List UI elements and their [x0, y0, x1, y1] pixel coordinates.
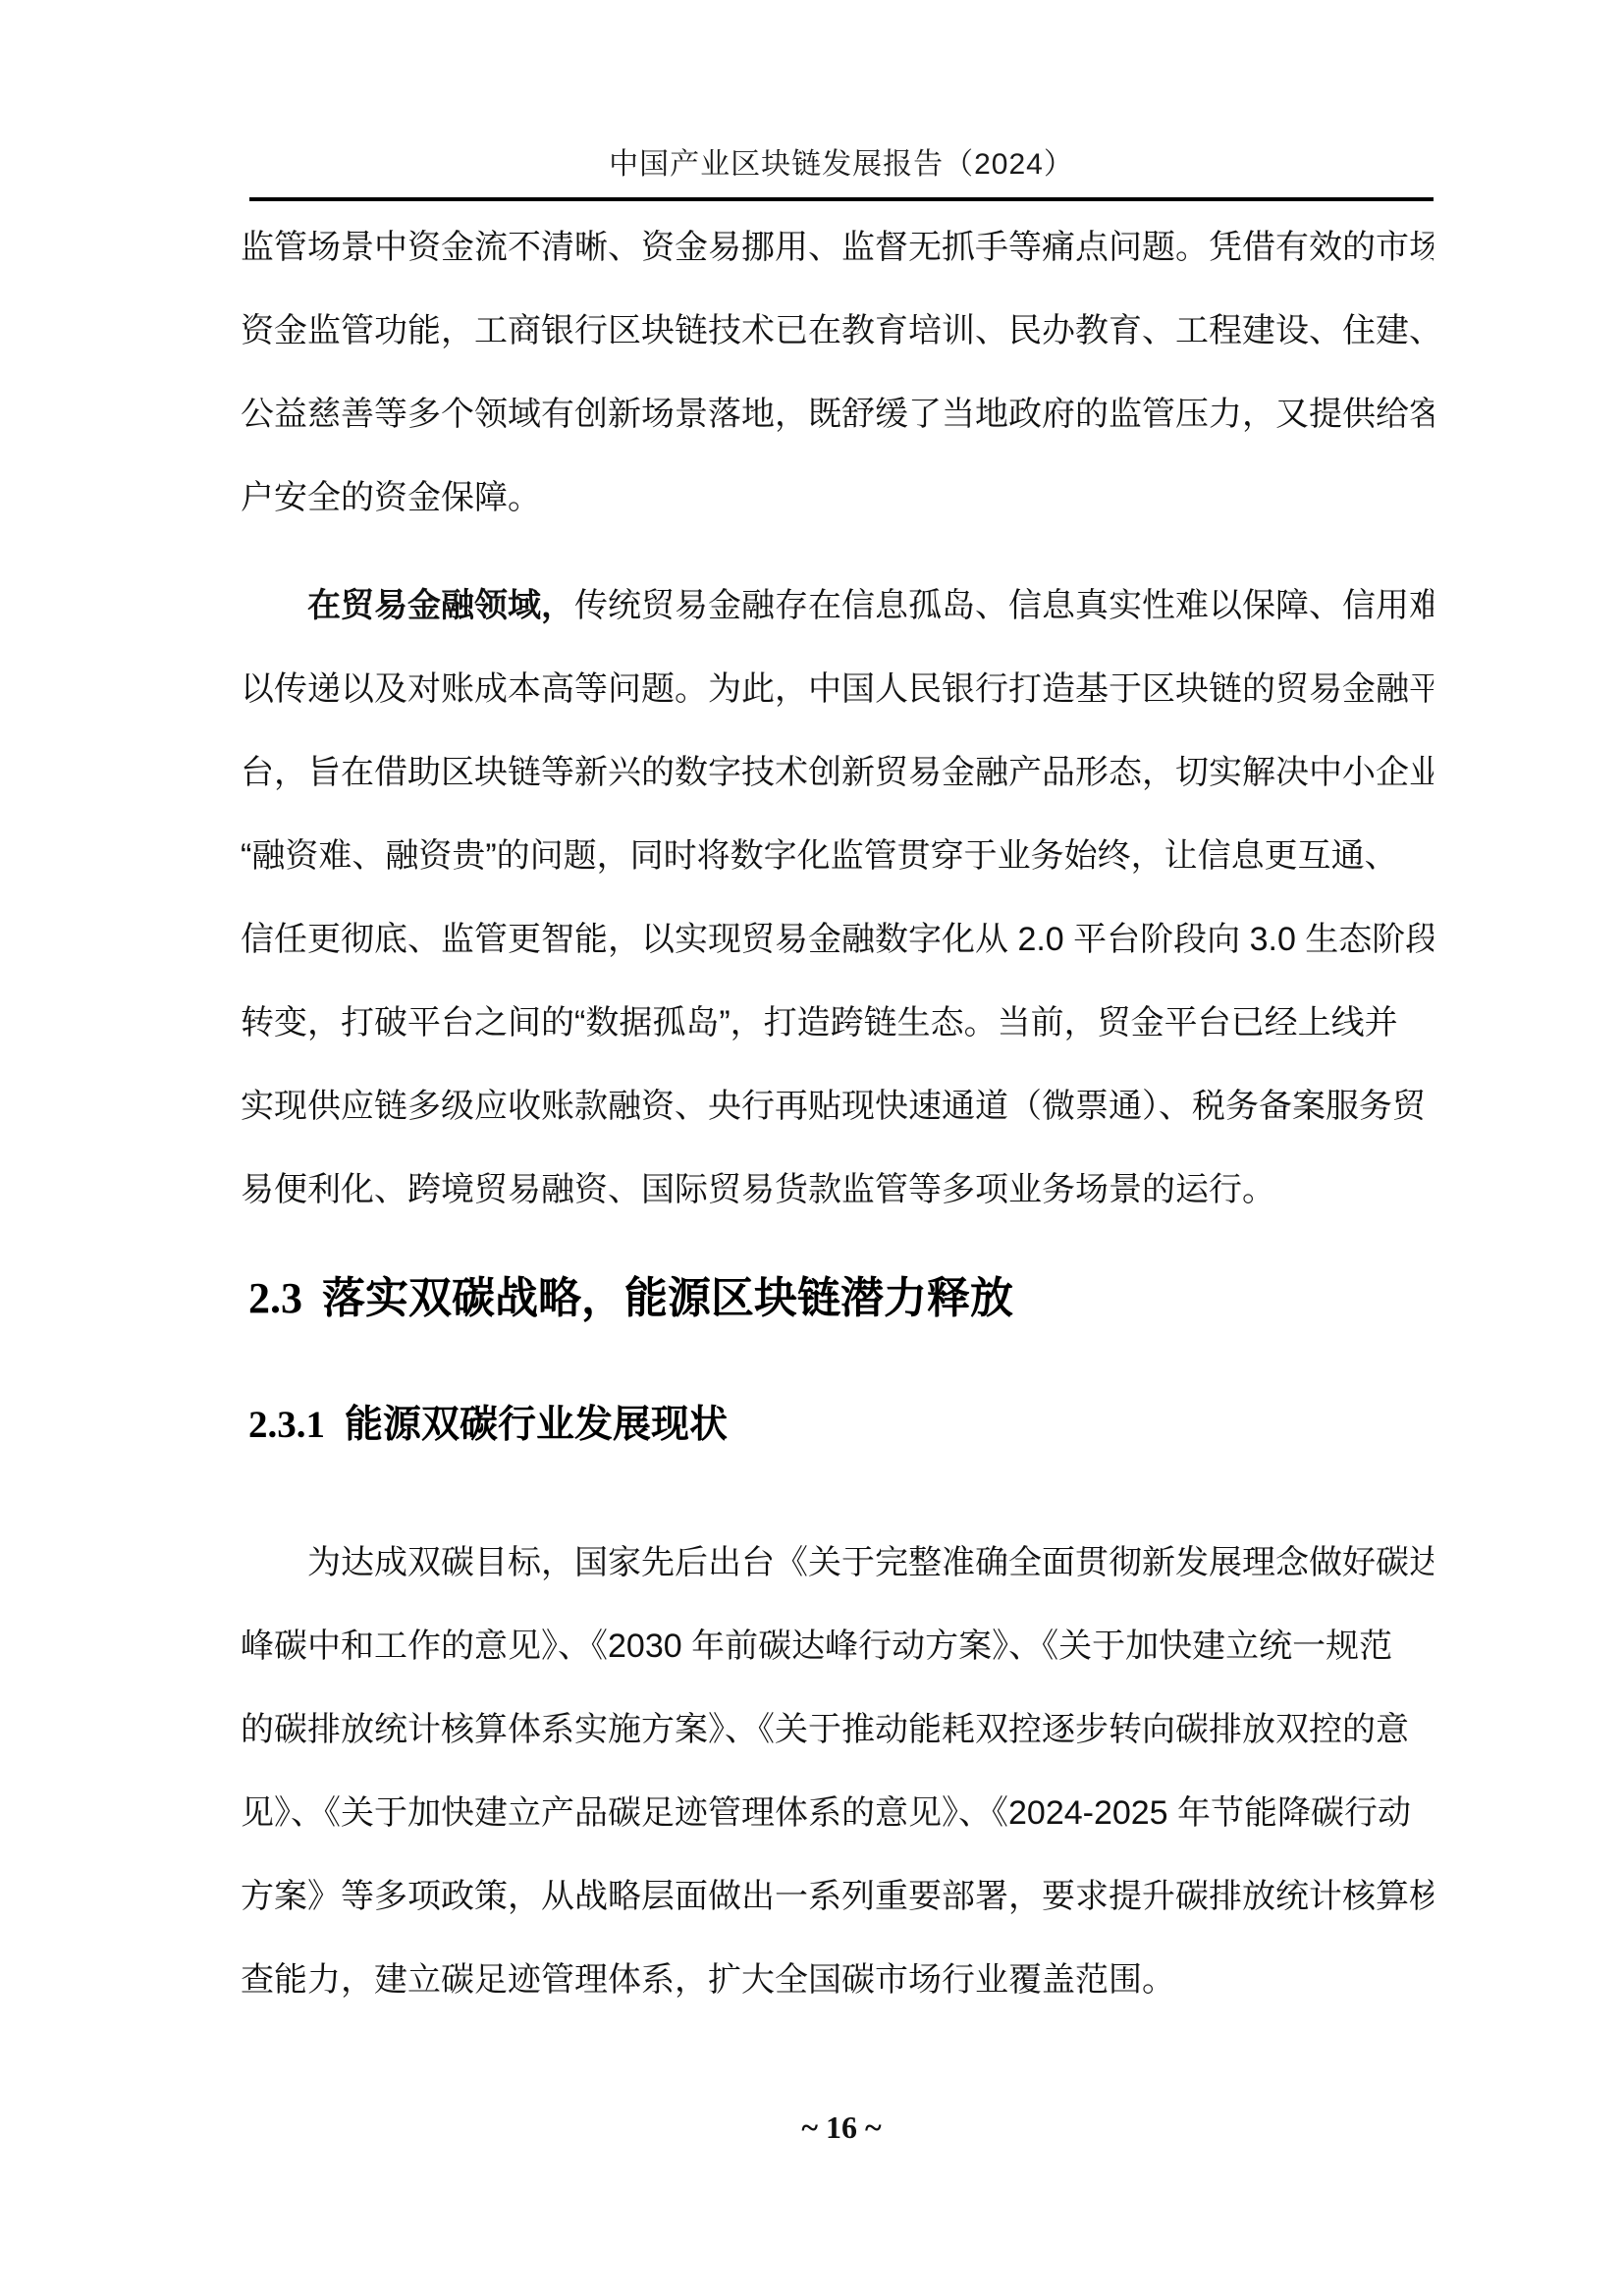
paragraph-2-line: “融资难、融资贵”的问题，同时将数字化监管贯穿于业务始终，让信息更互通、	[241, 815, 1434, 898]
paragraph-3-line: 为达成双碳目标，国家先后出台《关于完整准确全面贯彻新发展理念做好碳达	[241, 1522, 1434, 1605]
paragraph-2-bold-lead: 在贸易金融领域，	[307, 587, 574, 624]
page-header: 中国产业区块链发展报告（2024）	[249, 147, 1434, 201]
paragraph-1: 监管场景中资金流不清晰、资金易挪用、监督无抓手等痛点问题。凭借有效的市场 资金监…	[241, 206, 1434, 540]
paragraph-2-line: 易便利化、跨境贸易融资、国际贸易货款监管等多项业务场景的运行。	[241, 1148, 1434, 1232]
document-page: 中国产业区块链发展报告（2024） 监管场景中资金流不清晰、资金易挪用、监督无抓…	[0, 0, 1624, 2296]
paragraph-1-line: 户安全的资金保障。	[241, 456, 1434, 540]
paragraph-2-line: 在贸易金融领域，传统贸易金融存在信息孤岛、信息真实性难以保障、信用难	[241, 564, 1434, 648]
header-title: 中国产业区块链发展报告（2024）	[609, 148, 1074, 181]
paragraph-3-line: 的碳排放统计核算体系实施方案》、《关于推动能耗双控逐步转向碳排放双控的意	[241, 1688, 1434, 1772]
section-heading-2-3: 2.3落实双碳战略，能源区块链潜力释放	[248, 1274, 1013, 1323]
paragraph-3-line: 方案》等多项政策，从战略层面做出一系列重要部署，要求提升碳排放统计核算核	[241, 1855, 1434, 1939]
paragraph-2-line: 以传递以及对账成本高等问题。为此，中国人民银行打造基于区块链的贸易金融平	[241, 648, 1434, 731]
paragraph-3-line: 峰碳中和工作的意见》、《2030 年前碳达峰行动方案》、《关于加快建立统一规范	[241, 1605, 1434, 1688]
paragraph-2-line: 转变，打破平台之间的“数据孤岛”，打造跨链生态。当前，贸金平台已经上线并	[241, 982, 1434, 1065]
page-number: ~ 16 ~	[249, 2109, 1434, 2146]
paragraph-1-line: 公益慈善等多个领域有创新场景落地，既舒缓了当地政府的监管压力，又提供给客	[241, 373, 1434, 456]
paragraph-2-line-rest: 传统贸易金融存在信息孤岛、信息真实性难以保障、信用难	[574, 587, 1434, 624]
paragraph-2-line: 信任更彻底、监管更智能，以实现贸易金融数字化从 2.0 平台阶段向 3.0 生态…	[241, 898, 1434, 982]
paragraph-2: 在贸易金融领域，传统贸易金融存在信息孤岛、信息真实性难以保障、信用难 以传递以及…	[241, 564, 1434, 1232]
paragraph-3-line: 见》、《关于加快建立产品碳足迹管理体系的意见》、《2024-2025 年节能降碳…	[241, 1772, 1434, 1855]
paragraph-1-line: 资金监管功能，工商银行区块链技术已在教育培训、民办教育、工程建设、住建、	[241, 290, 1434, 373]
paragraph-2-line: 实现供应链多级应收账款融资、央行再贴现快速通道（微票通）、税务备案服务贸	[241, 1065, 1434, 1148]
subsection-heading-2-3-1: 2.3.1能源双碳行业发展现状	[248, 1404, 728, 1447]
paragraph-3-line: 查能力，建立碳足迹管理体系，扩大全国碳市场行业覆盖范围。	[241, 1939, 1434, 2022]
subsection-heading-number: 2.3.1	[248, 1404, 325, 1446]
section-heading-number: 2.3	[248, 1274, 302, 1322]
paragraph-3: 为达成双碳目标，国家先后出台《关于完整准确全面贯彻新发展理念做好碳达 峰碳中和工…	[241, 1522, 1434, 2022]
subsection-heading-text: 能源双碳行业发展现状	[345, 1404, 728, 1446]
paragraph-1-line: 监管场景中资金流不清晰、资金易挪用、监督无抓手等痛点问题。凭借有效的市场	[241, 206, 1434, 290]
paragraph-2-line: 台，旨在借助区块链等新兴的数字技术创新贸易金融产品形态，切实解决中小企业	[241, 731, 1434, 815]
section-heading-text: 落实双碳战略，能源区块链潜力释放	[322, 1274, 1013, 1322]
